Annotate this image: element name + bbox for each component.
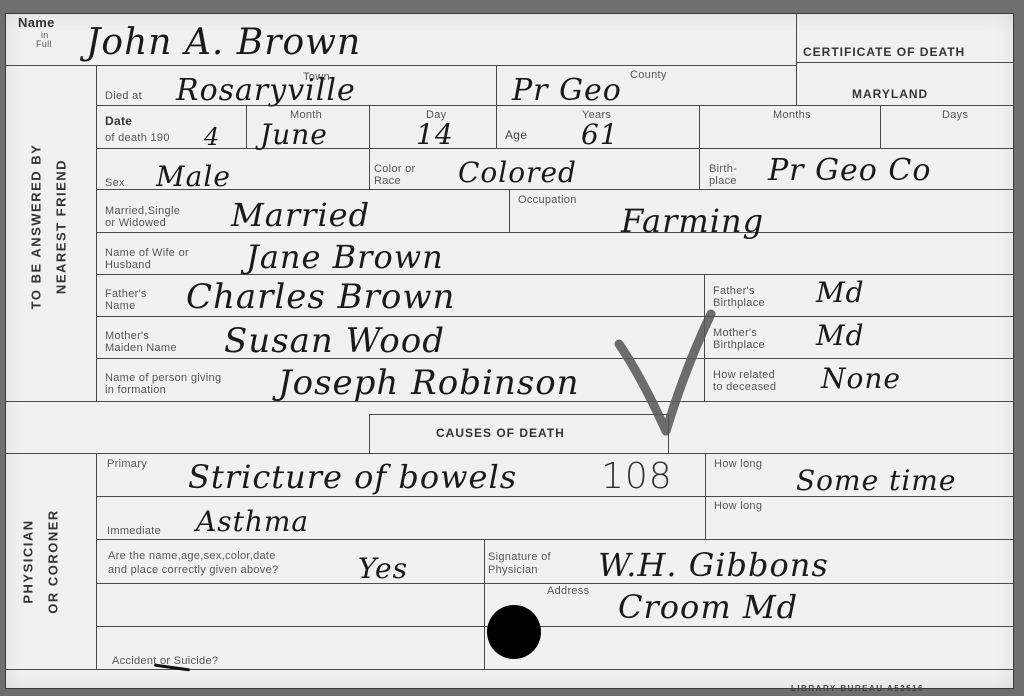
address-value: Croom Md	[618, 592, 798, 622]
divider	[6, 65, 796, 66]
father-name-label-line1: Father's	[105, 288, 147, 300]
verification-answer-value: Yes	[358, 554, 408, 584]
divider	[96, 148, 1013, 149]
divider	[96, 65, 97, 401]
punch-hole	[487, 605, 541, 659]
days-label: Days	[942, 109, 968, 121]
spouse-label-line1: Name of Wife or	[105, 247, 189, 259]
divider	[509, 189, 510, 232]
primary-how-long-label: How long	[714, 458, 762, 470]
divider	[96, 583, 1013, 584]
death-certificate-card: Name in Full John A. Brown CERTIFICATE O…	[5, 13, 1014, 689]
divider	[96, 453, 97, 669]
year-digit-value: 4	[204, 122, 220, 152]
physician-signature-value: W.H. Gibbons	[598, 550, 829, 580]
divider	[705, 453, 706, 539]
divider	[699, 105, 700, 189]
marital-label-line2: or Widowed	[105, 217, 166, 229]
father-birthplace-value: Md	[816, 278, 865, 308]
month-value: June	[260, 120, 328, 150]
divider	[96, 539, 1013, 540]
divider	[496, 65, 497, 105]
years-value: 61	[581, 120, 619, 150]
printer-footer: LIBRARY BUREAU A53516	[791, 684, 924, 693]
divider	[369, 105, 370, 189]
divider	[246, 105, 247, 148]
primary-label: Primary	[107, 458, 147, 470]
address-label: Address	[547, 585, 589, 597]
verification-question-line1: Are the name,age,sex,color,date	[108, 550, 276, 562]
name-label: Name	[18, 17, 55, 29]
county-label: County	[630, 69, 667, 81]
physician-side-label-line2: OR CORONER	[46, 472, 61, 652]
state-label: MARYLAND	[852, 87, 928, 101]
father-name-label-line2: Name	[105, 300, 136, 312]
date-of-death-label: of death 190	[105, 132, 170, 144]
divider	[96, 626, 1013, 627]
divider	[484, 539, 485, 669]
birthplace-label-line2: place	[709, 175, 737, 187]
divider	[96, 274, 1013, 275]
spouse-label-line2: Husband	[105, 259, 151, 271]
divider	[6, 453, 1013, 454]
primary-cause-value: Stricture of bowels	[188, 462, 517, 492]
race-label-line1: Color or	[374, 163, 416, 175]
mother-name-label-line1: Mother's	[105, 330, 149, 342]
immediate-cause-value: Asthma	[196, 507, 309, 537]
age-label: Age	[505, 129, 527, 141]
causes-heading: CAUSES OF DEATH	[436, 426, 565, 440]
months-label: Months	[773, 109, 811, 121]
informant-value: Joseph Robinson	[278, 368, 580, 398]
town-value: Rosaryville	[176, 76, 356, 106]
relation-value: None	[821, 364, 901, 394]
birthplace-label-line1: Birth-	[709, 163, 737, 175]
race-value: Colored	[458, 158, 577, 188]
divider	[796, 14, 797, 105]
birthplace-value: Pr Geo Co	[768, 156, 931, 186]
mother-birthplace-value: Md	[816, 321, 865, 351]
race-label-line2: Race	[374, 175, 401, 187]
occupation-value: Farming	[621, 206, 764, 236]
nearest-friend-side-label-line2: NEAREST FRIEND	[54, 82, 69, 372]
immediate-how-long-label: How long	[714, 500, 762, 512]
day-value: 14	[416, 120, 454, 150]
cause-code-value: 108	[601, 462, 673, 492]
signature-label-line2: Physician	[488, 564, 538, 576]
checkmark-icon	[611, 306, 721, 446]
divider	[6, 669, 1013, 670]
died-at-label: Died at	[105, 90, 142, 102]
name-label-full: Full	[36, 40, 52, 49]
mother-name-value: Susan Wood	[224, 326, 445, 356]
father-birthplace-label-line1: Father's	[713, 285, 755, 297]
physician-side-label-line1: PHYSICIAN	[21, 472, 36, 652]
date-label: Date	[105, 115, 132, 127]
father-name-value: Charles Brown	[186, 282, 455, 312]
deceased-name-value: John A. Brown	[86, 28, 361, 58]
sex-value: Male	[156, 162, 231, 192]
divider	[96, 189, 1013, 190]
marital-label-line1: Married,Single	[105, 205, 180, 217]
certificate-title: CERTIFICATE OF DEATH	[803, 45, 965, 59]
divider	[369, 414, 370, 453]
divider	[496, 105, 497, 148]
primary-how-long-value: Some time	[796, 466, 956, 496]
divider	[796, 62, 1013, 63]
immediate-label: Immediate	[107, 525, 161, 537]
marital-value: Married	[231, 200, 370, 230]
mother-name-label-line2: Maiden Name	[105, 342, 177, 354]
sex-label: Sex	[105, 177, 125, 189]
divider	[880, 105, 881, 148]
relation-label-line2: to deceased	[713, 381, 776, 393]
spouse-value: Jane Brown	[246, 242, 444, 272]
occupation-label: Occupation	[518, 194, 577, 206]
relation-label-line1: How related	[713, 369, 775, 381]
verification-question-line2: and place correctly given above?	[108, 564, 278, 576]
nearest-friend-side-label-line1: TO BE ANSWERED BY	[29, 82, 44, 372]
informant-label-line2: in formation	[105, 384, 166, 396]
informant-label-line1: Name of person giving	[105, 372, 221, 384]
signature-label-line1: Signature of	[488, 551, 551, 563]
county-value: Pr Geo	[512, 76, 622, 106]
